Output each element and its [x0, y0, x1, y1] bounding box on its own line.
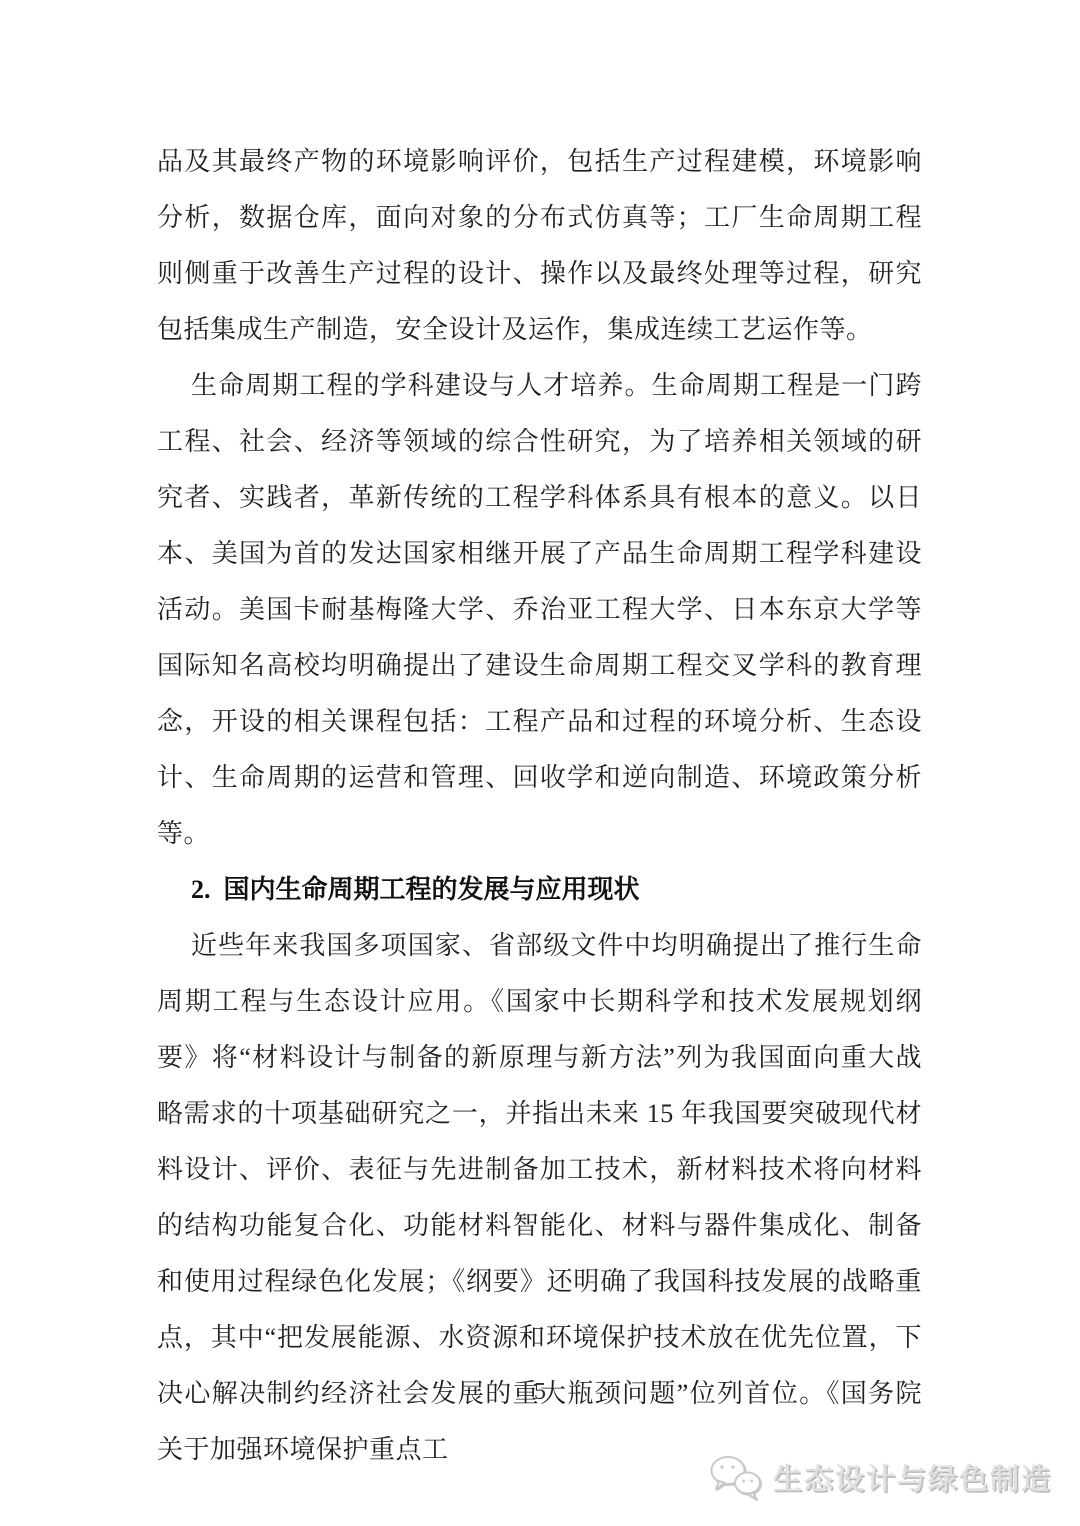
document-page: 品及其最终产物的环境影响评价，包括生产过程建模，环境影响分析，数据仓库，面向对象… — [0, 0, 1080, 1526]
watermark-label: 生态设计与绿色制造 — [773, 1457, 1052, 1498]
paragraph: 生命周期工程的学科建设与人才培养。生命周期工程是一门跨工程、社会、经济等领域的综… — [157, 358, 922, 862]
page-content: 品及其最终产物的环境影响评价，包括生产过程建模，环境影响分析，数据仓库，面向对象… — [157, 134, 922, 1478]
watermark: 生态设计与绿色制造 — [709, 1454, 1052, 1500]
paragraph: 品及其最终产物的环境影响评价，包括生产过程建模，环境影响分析，数据仓库，面向对象… — [157, 134, 922, 358]
section-heading: 2. 国内生命周期工程的发展与应用现状 — [157, 862, 922, 918]
wechat-icon — [709, 1454, 763, 1500]
page-number: 5 — [0, 1372, 1080, 1412]
